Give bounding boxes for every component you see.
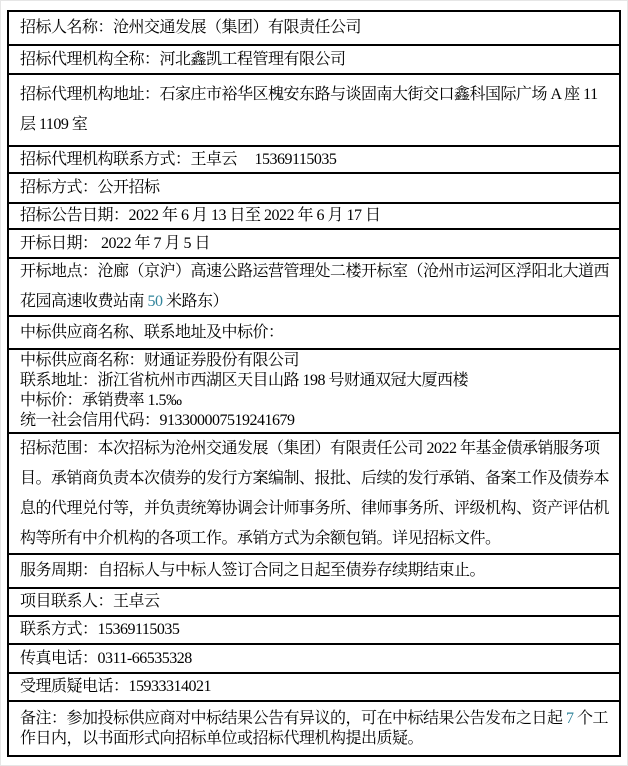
cell-content: 招标公告日期：2022 年 6 月 13 日至 2022 年 6 月 17 日 <box>9 204 619 228</box>
cell-content: 开标地点：沧廊（京沪）高速公路运营管理处二楼开标室（沧州市运河区浮阳北大道西花园… <box>9 259 619 315</box>
table-row: 服务周期：自招标人与中标人签订合同之日起至债券存续期结束止。 <box>8 554 620 588</box>
cell-content: 受理质疑电话：15933314021 <box>9 674 619 700</box>
table-row: 开标日期： 2022 年 7 月 5 日 <box>8 229 620 258</box>
cell-content: 项目联系人：王卓云 <box>9 589 619 615</box>
table-row: 传真电话：0311-66535328 <box>8 644 620 673</box>
cell-content: 中标供应商名称、联系地址及中标价： <box>9 317 619 348</box>
text-line: 联系方式：15369115035 <box>20 617 609 643</box>
text-line: 中标供应商名称：财通证券股份有限公司 <box>20 351 609 371</box>
text-segment: 中标供应商名称、联系地址及中标价： <box>20 324 284 341</box>
table-row: 开标地点：沧廊（京沪）高速公路运营管理处二楼开标室（沧州市运河区浮阳北大道西花园… <box>8 258 620 316</box>
text-line: 受理质疑电话：15933314021 <box>20 674 609 700</box>
table-cell: 招标代理机构联系方式：王卓云 15369115035 <box>8 146 620 173</box>
text-line: 中标价：承销费率 1.5‰ <box>20 391 609 411</box>
table-cell: 开标地点：沧廊（京沪）高速公路运营管理处二楼开标室（沧州市运河区浮阳北大道西花园… <box>8 258 620 316</box>
text-line: 招标方式：公开招标 <box>20 175 609 201</box>
table-row: 项目联系人：王卓云 <box>8 588 620 616</box>
highlighted-number: 7 <box>566 710 574 727</box>
text-segment: 招标代理机构全称：河北鑫凯工程管理有限公司 <box>20 51 346 68</box>
table-cell: 传真电话：0311-66535328 <box>8 644 620 673</box>
table-cell: 中标供应商名称、联系地址及中标价： <box>8 316 620 349</box>
text-segment: 备注：参加投标供应商对中标结果公告有异议的，可在中标结果公告发布之日起 <box>20 710 566 727</box>
table-row: 中标供应商名称、联系地址及中标价： <box>8 316 620 349</box>
text-line: 统一社会信用代码：913300007519241679 <box>20 411 609 431</box>
table-row: 受理质疑电话：15933314021 <box>8 673 620 701</box>
table-row: 联系方式：15369115035 <box>8 616 620 644</box>
cell-content: 招标人名称：沧州交通发展（集团）有限责任公司 <box>9 12 619 44</box>
announcement-page: 招标人名称：沧州交通发展（集团）有限责任公司招标代理机构全称：河北鑫凯工程管理有… <box>0 0 628 766</box>
cell-content: 开标日期： 2022 年 7 月 5 日 <box>9 230 619 257</box>
text-line: 中标供应商名称、联系地址及中标价： <box>20 320 609 346</box>
text-segment: 中标价：承销费率 1.5‰ <box>20 392 182 409</box>
text-segment: 服务周期：自招标人与中标人签订合同之日起至债券存续期结束止。 <box>20 562 485 579</box>
text-segment: 开标地点：沧廊（京沪）高速公路运营管理处二楼开标室（沧州市运河区浮阳北大道西花园… <box>20 263 609 310</box>
table-cell: 招标方式：公开招标 <box>8 173 620 203</box>
highlighted-number: 50 <box>148 293 163 310</box>
text-line: 开标日期： 2022 年 7 月 5 日 <box>20 231 609 257</box>
text-line: 项目联系人：王卓云 <box>20 589 609 615</box>
cell-content: 招标代理机构全称：河北鑫凯工程管理有限公司 <box>9 46 619 73</box>
text-segment: 招标代理机构地址：石家庄市裕华区槐安东路与谈固南大街交口鑫科国际广场 A 座 1… <box>20 86 601 133</box>
cell-content: 中标供应商名称：财通证券股份有限公司联系地址：浙江省杭州市西湖区天目山路 198… <box>9 350 619 432</box>
table-row: 招标代理机构联系方式：王卓云 15369115035 <box>8 146 620 173</box>
text-segment: 传真电话：0311-66535328 <box>20 650 192 667</box>
table-cell: 招标代理机构全称：河北鑫凯工程管理有限公司 <box>8 45 620 74</box>
table-row: 备注：参加投标供应商对中标结果公告有异议的，可在中标结果公告发布之日起 7 个工… <box>8 701 620 756</box>
text-segment: 联系方式：15369115035 <box>20 621 179 638</box>
table-row: 中标供应商名称：财通证券股份有限公司联系地址：浙江省杭州市西湖区天目山路 198… <box>8 349 620 433</box>
text-segment: 招标范围：本次招标为沧州交通发展（集团）有限责任公司 2022 年基金债承销服务… <box>20 440 609 547</box>
text-segment: 招标方式：公开招标 <box>20 179 160 196</box>
text-segment: 统一社会信用代码：913300007519241679 <box>20 412 295 429</box>
text-segment: 米路东） <box>163 293 229 310</box>
table-cell: 联系方式：15369115035 <box>8 616 620 644</box>
text-line: 服务周期：自招标人与中标人签订合同之日起至债券存续期结束止。 <box>20 558 609 584</box>
cell-content: 备注：参加投标供应商对中标结果公告有异议的，可在中标结果公告发布之日起 7 个工… <box>9 702 619 755</box>
table-row: 招标人名称：沧州交通发展（集团）有限责任公司 <box>8 11 620 45</box>
table-cell: 备注：参加投标供应商对中标结果公告有异议的，可在中标结果公告发布之日起 7 个工… <box>8 701 620 756</box>
text-line: 招标代理机构地址：石家庄市裕华区槐安东路与谈固南大街交口鑫科国际广场 A 座 1… <box>20 80 609 140</box>
text-line: 联系地址：浙江省杭州市西湖区天目山路 198 号财通双冠大厦西楼 <box>20 371 609 391</box>
table-body: 招标人名称：沧州交通发展（集团）有限责任公司招标代理机构全称：河北鑫凯工程管理有… <box>8 11 620 756</box>
table-cell: 招标公告日期：2022 年 6 月 13 日至 2022 年 6 月 17 日 <box>8 203 620 229</box>
cell-content: 招标方式：公开招标 <box>9 174 619 202</box>
text-segment: 开标日期： 2022 年 7 月 5 日 <box>20 235 210 252</box>
table-row: 招标代理机构全称：河北鑫凯工程管理有限公司 <box>8 45 620 74</box>
text-segment: 招标代理机构联系方式：王卓云 15369115035 <box>20 151 336 168</box>
text-segment: 项目联系人：王卓云 <box>20 593 160 610</box>
text-line: 招标人名称：沧州交通发展（集团）有限责任公司 <box>20 15 609 41</box>
table-cell: 招标代理机构地址：石家庄市裕华区槐安东路与谈固南大街交口鑫科国际广场 A 座 1… <box>8 74 620 146</box>
text-segment: 受理质疑电话：15933314021 <box>20 678 211 695</box>
cell-content: 招标代理机构地址：石家庄市裕华区槐安东路与谈固南大街交口鑫科国际广场 A 座 1… <box>9 75 619 145</box>
cell-content: 联系方式：15369115035 <box>9 617 619 643</box>
cell-content: 招标代理机构联系方式：王卓云 15369115035 <box>9 147 619 172</box>
cell-content: 服务周期：自招标人与中标人签订合同之日起至债券存续期结束止。 <box>9 555 619 587</box>
table-cell: 项目联系人：王卓云 <box>8 588 620 616</box>
table-cell: 招标人名称：沧州交通发展（集团）有限责任公司 <box>8 11 620 45</box>
table-row: 招标代理机构地址：石家庄市裕华区槐安东路与谈固南大街交口鑫科国际广场 A 座 1… <box>8 74 620 146</box>
text-segment: 联系地址：浙江省杭州市西湖区天目山路 198 号财通双冠大厦西楼 <box>20 372 468 389</box>
table-cell: 开标日期： 2022 年 7 月 5 日 <box>8 229 620 258</box>
text-line: 招标范围：本次招标为沧州交通发展（集团）有限责任公司 2022 年基金债承销服务… <box>20 434 609 553</box>
text-line: 招标代理机构全称：河北鑫凯工程管理有限公司 <box>20 47 609 73</box>
text-segment: 中标供应商名称：财通证券股份有限公司 <box>20 352 299 369</box>
table-row: 招标范围：本次招标为沧州交通发展（集团）有限责任公司 2022 年基金债承销服务… <box>8 433 620 554</box>
text-segment: 招标人名称：沧州交通发展（集团）有限责任公司 <box>20 19 361 36</box>
text-line: 招标公告日期：2022 年 6 月 13 日至 2022 年 6 月 17 日 <box>20 204 609 228</box>
table-cell: 服务周期：自招标人与中标人签订合同之日起至债券存续期结束止。 <box>8 554 620 588</box>
table-row: 招标公告日期：2022 年 6 月 13 日至 2022 年 6 月 17 日 <box>8 203 620 229</box>
text-line: 备注：参加投标供应商对中标结果公告有异议的，可在中标结果公告发布之日起 7 个工… <box>20 709 609 749</box>
cell-content: 传真电话：0311-66535328 <box>9 645 619 672</box>
text-line: 开标地点：沧廊（京沪）高速公路运营管理处二楼开标室（沧州市运河区浮阳北大道西花园… <box>20 259 609 315</box>
tender-info-table: 招标人名称：沧州交通发展（集团）有限责任公司招标代理机构全称：河北鑫凯工程管理有… <box>7 10 621 757</box>
cell-content: 招标范围：本次招标为沧州交通发展（集团）有限责任公司 2022 年基金债承销服务… <box>9 434 619 553</box>
table-cell: 招标范围：本次招标为沧州交通发展（集团）有限责任公司 2022 年基金债承销服务… <box>8 433 620 554</box>
text-segment: 招标公告日期：2022 年 6 月 13 日至 2022 年 6 月 17 日 <box>20 207 381 224</box>
text-line: 招标代理机构联系方式：王卓云 15369115035 <box>20 147 609 172</box>
table-row: 招标方式：公开招标 <box>8 173 620 203</box>
table-cell: 受理质疑电话：15933314021 <box>8 673 620 701</box>
table-cell: 中标供应商名称：财通证券股份有限公司联系地址：浙江省杭州市西湖区天目山路 198… <box>8 349 620 433</box>
text-line: 传真电话：0311-66535328 <box>20 646 609 672</box>
